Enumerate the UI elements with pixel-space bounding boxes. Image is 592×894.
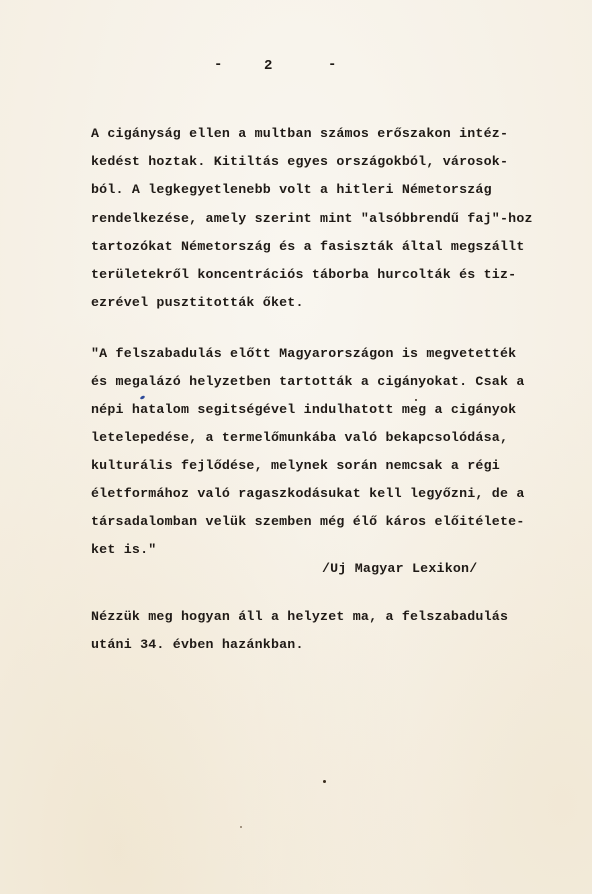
page-number: 2: [264, 58, 272, 74]
text-line: életformához való ragaszkodásukat kell l…: [91, 486, 525, 502]
text-line: Nézzük meg hogyan áll a helyzet ma, a fe…: [91, 609, 508, 625]
text-line: területekről koncentrációs táborba hurco…: [91, 267, 516, 283]
paper-speck: [323, 780, 326, 783]
ink-correction-mark: [140, 395, 146, 400]
text-line: tartozókat Németország és a fasiszták ál…: [91, 239, 525, 255]
text-line: ezrével pusztitották őket.: [91, 295, 304, 311]
text-line: és megalázó helyzetben tartották a cigán…: [91, 374, 525, 390]
paper-speck: [415, 399, 417, 401]
page-number-dash-right: -: [328, 57, 336, 73]
page-number-dash-left: -: [214, 57, 222, 73]
text-line: ból. A legkegyetlenebb volt a hitleri Né…: [91, 182, 492, 198]
paper-speck: [240, 826, 242, 828]
text-line: társadalomban velük szemben még élő káro…: [91, 514, 525, 530]
text-line: letelepedése, a termelőmunkába való beka…: [91, 430, 508, 446]
typewritten-page: - 2 - A cigányság ellen a multban számos…: [0, 0, 592, 894]
text-line: kulturális fejlődése, melynek során nemc…: [91, 458, 500, 474]
text-line: "A felszabadulás előtt Magyarországon is…: [91, 346, 516, 362]
text-line: rendelkezése, amely szerint mint "alsóbb…: [91, 211, 533, 227]
text-line: kedést hoztak. Kitiltás egyes országokbó…: [91, 154, 508, 170]
text-line: népi hatalom segitségével indulhatott me…: [91, 402, 516, 418]
text-line: utáni 34. évben hazánkban.: [91, 637, 304, 653]
text-line: ket is.": [91, 542, 156, 558]
quotation-attribution: /Uj Magyar Lexikon/: [322, 561, 477, 576]
text-line: A cigányság ellen a multban számos erősz…: [91, 126, 508, 142]
